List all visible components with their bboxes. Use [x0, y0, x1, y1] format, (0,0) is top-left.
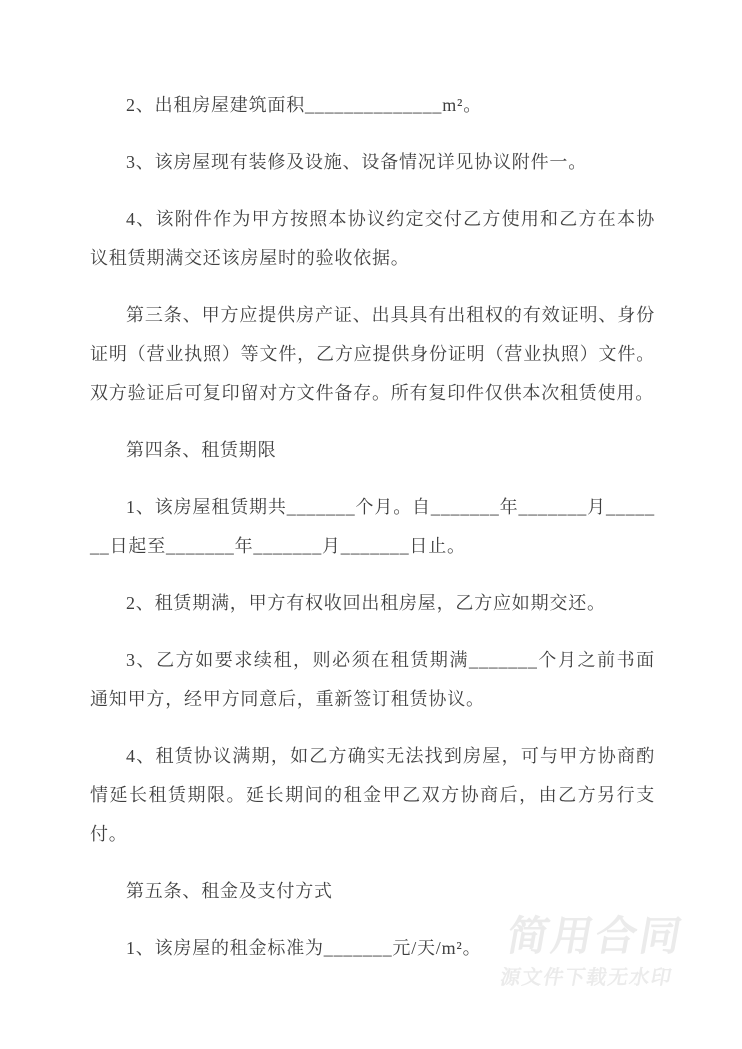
contract-page: 2、出租房屋建筑面积______________m²。 3、该房屋现有装修及设施…	[0, 0, 742, 1049]
watermark: 简用合同 源文件下载无水印	[498, 912, 712, 992]
paragraph-article-3: 第三条、甲方应提供房产证、出具具有出租权的有效证明、身份证明（营业执照）等文件，…	[90, 296, 655, 413]
paragraph-fixtures: 3、该房屋现有装修及设施、设备情况详见协议附件一。	[90, 143, 655, 182]
paragraph-article-5-heading: 第五条、租金及支付方式	[90, 872, 655, 911]
paragraph-attachment: 4、该附件作为甲方按照本协议约定交付乙方使用和乙方在本协议租赁期满交还该房屋时的…	[90, 200, 655, 278]
watermark-title: 简用合同	[504, 912, 712, 960]
watermark-subtitle: 源文件下载无水印	[498, 964, 703, 992]
paragraph-lease-term: 1、该房屋租赁期共_______个月。自_______年_______月____…	[90, 488, 655, 566]
paragraph-renewal: 3、乙方如要求续租，则必须在租赁期满_______个月之前书面通知甲方，经甲方同…	[90, 641, 655, 719]
contract-body: 2、出租房屋建筑面积______________m²。 3、该房屋现有装修及设施…	[90, 86, 655, 986]
paragraph-term-expiry: 2、租赁期满，甲方有权收回出租房屋，乙方应如期交还。	[90, 584, 655, 623]
paragraph-extension: 4、租赁协议满期，如乙方确实无法找到房屋，可与甲方协商酌情延长租赁期限。延长期间…	[90, 737, 655, 854]
paragraph-article-4-heading: 第四条、租赁期限	[90, 431, 655, 470]
paragraph-area: 2、出租房屋建筑面积______________m²。	[90, 86, 655, 125]
